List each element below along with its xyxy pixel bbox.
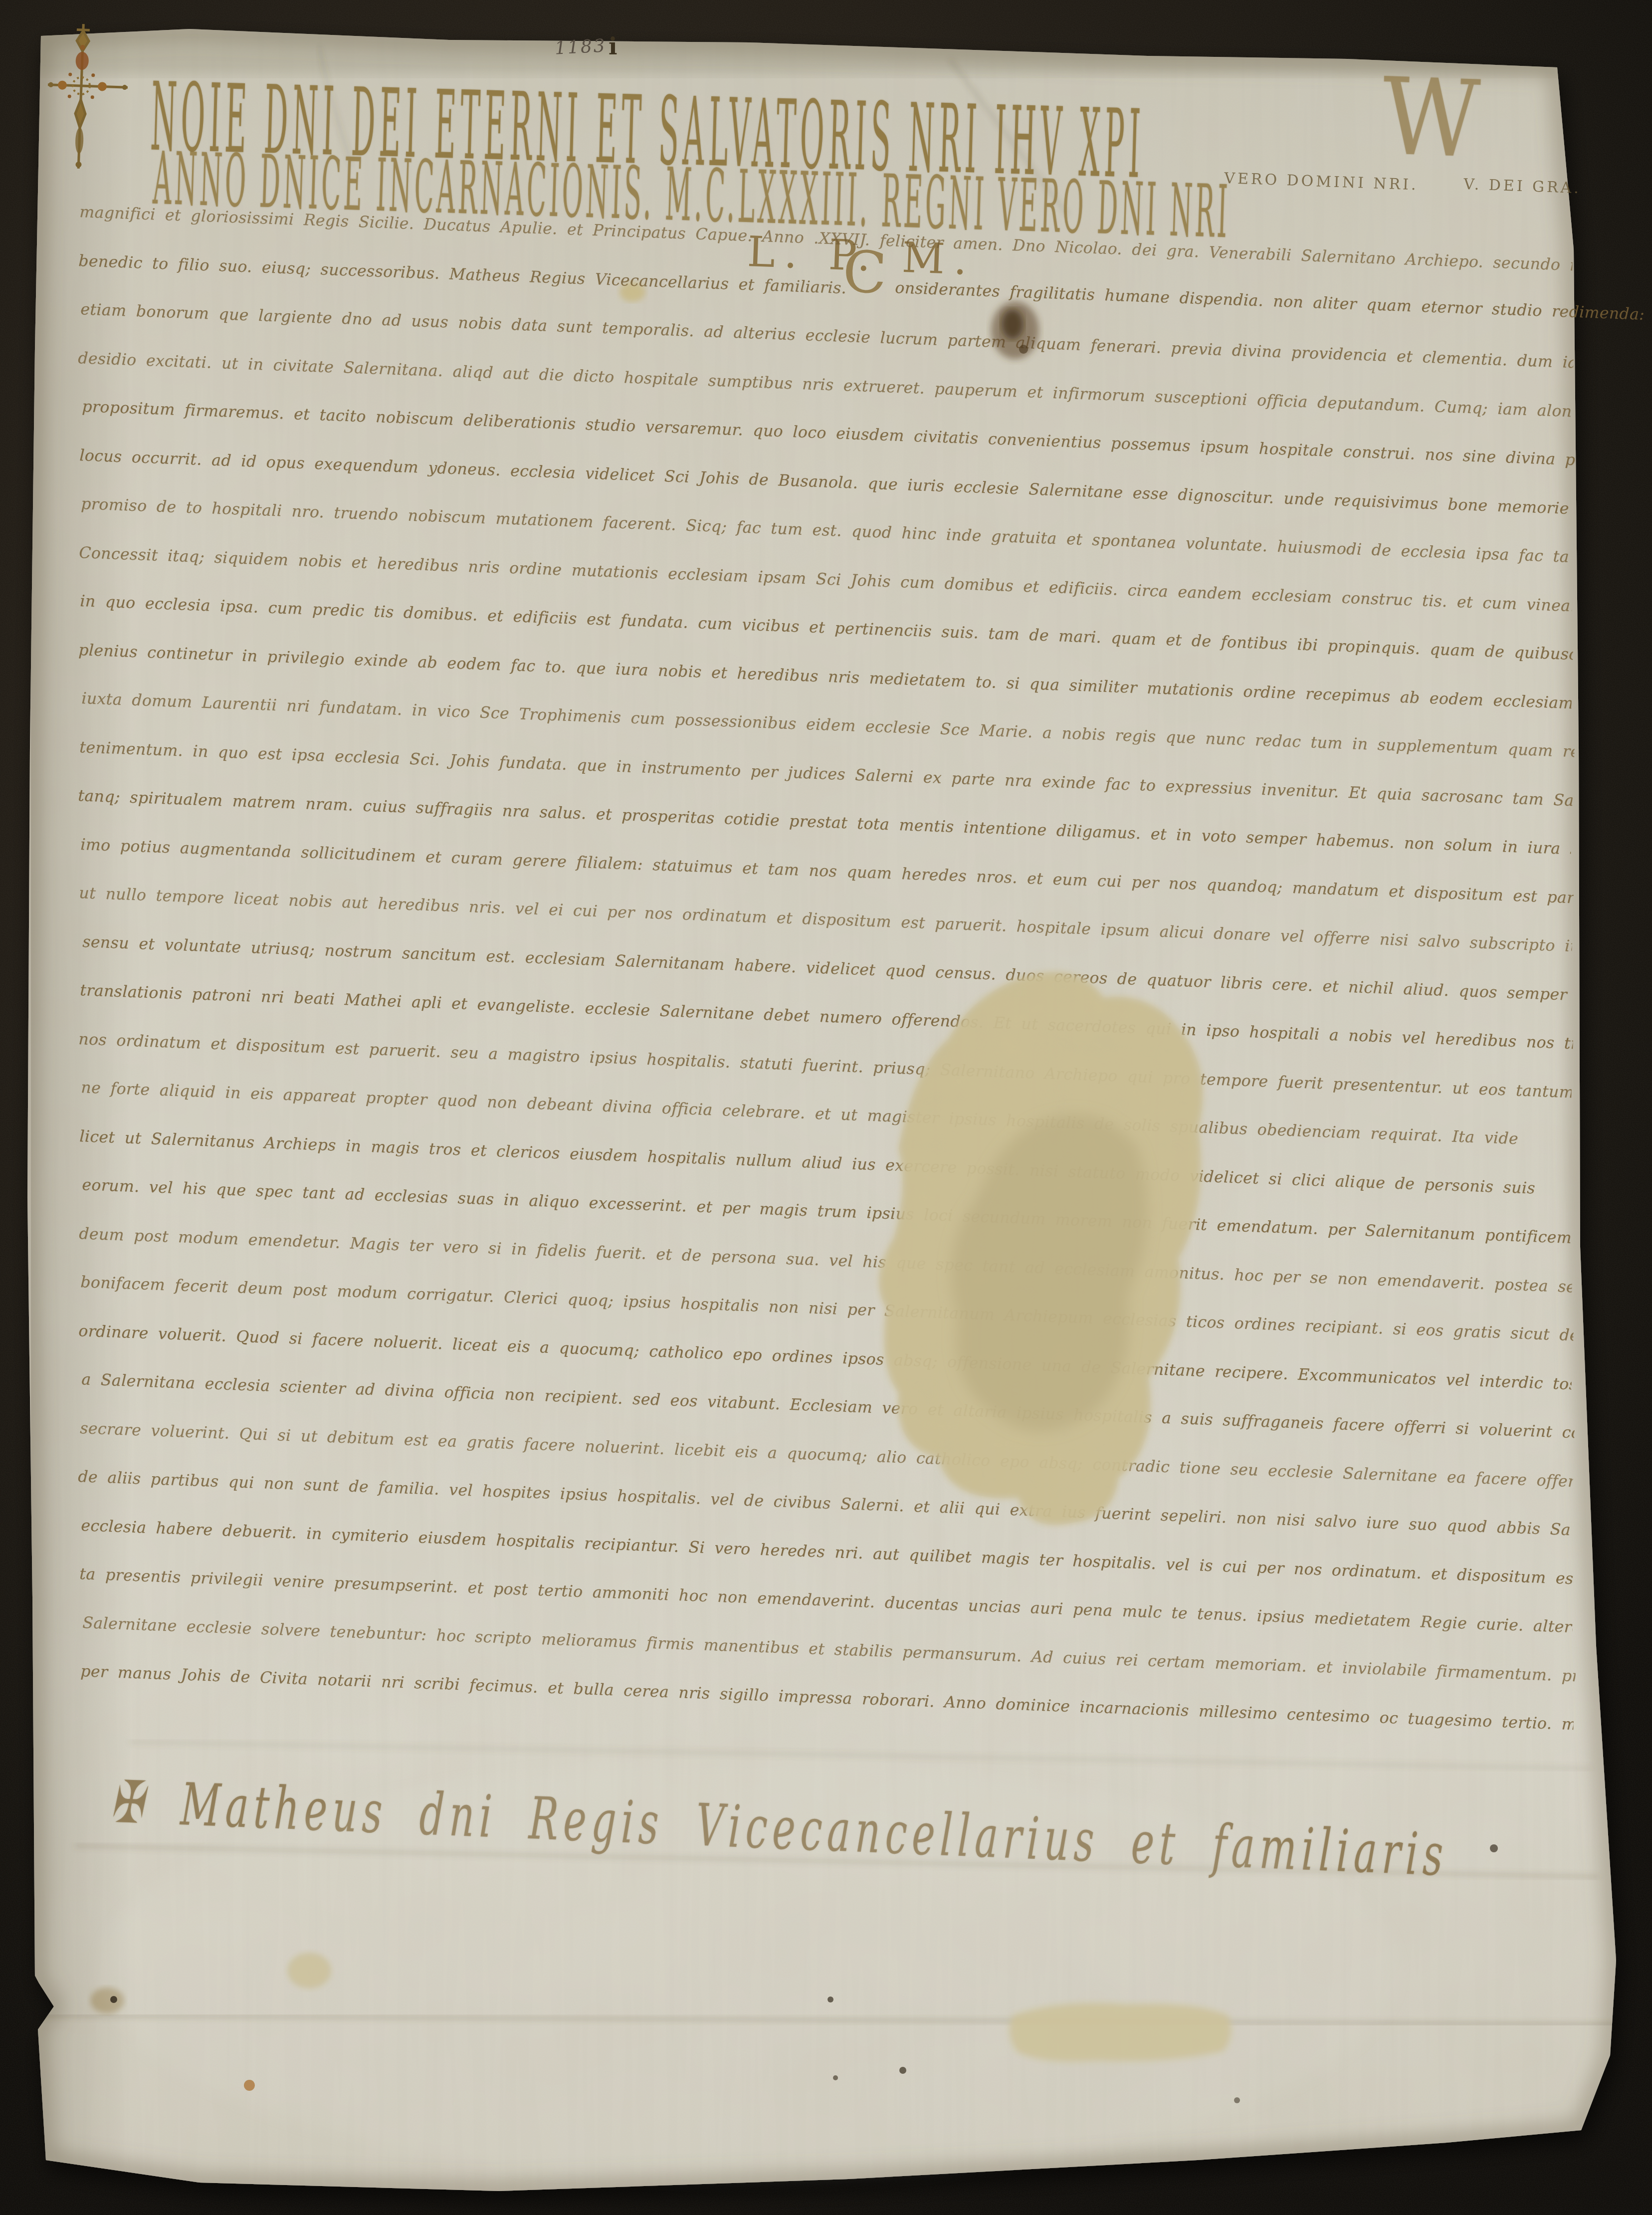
parchment-base-art (0, 0, 1652, 2215)
ink-speck-1 (110, 1996, 117, 2003)
yellow-spot (619, 282, 645, 302)
ink-speck-5 (1234, 2097, 1240, 2103)
left-margin-shading (31, 30, 131, 2195)
photo-backdrop: NOIE DNI DEI ETERNI ET SALVATORIS NRI IH… (0, 0, 1652, 2215)
ink-speck-4 (833, 2075, 838, 2080)
parchment-texture-group (0, 0, 1652, 2215)
ink-speck-3 (899, 2067, 906, 2074)
ink-speck-6 (1490, 1844, 1498, 1852)
parchment-streaks (0, 0, 1652, 2215)
brown-blot (90, 1988, 124, 2013)
tan-blot (287, 1953, 331, 1989)
rust-spot (244, 2080, 255, 2091)
ink-speck-2 (827, 1996, 833, 2002)
